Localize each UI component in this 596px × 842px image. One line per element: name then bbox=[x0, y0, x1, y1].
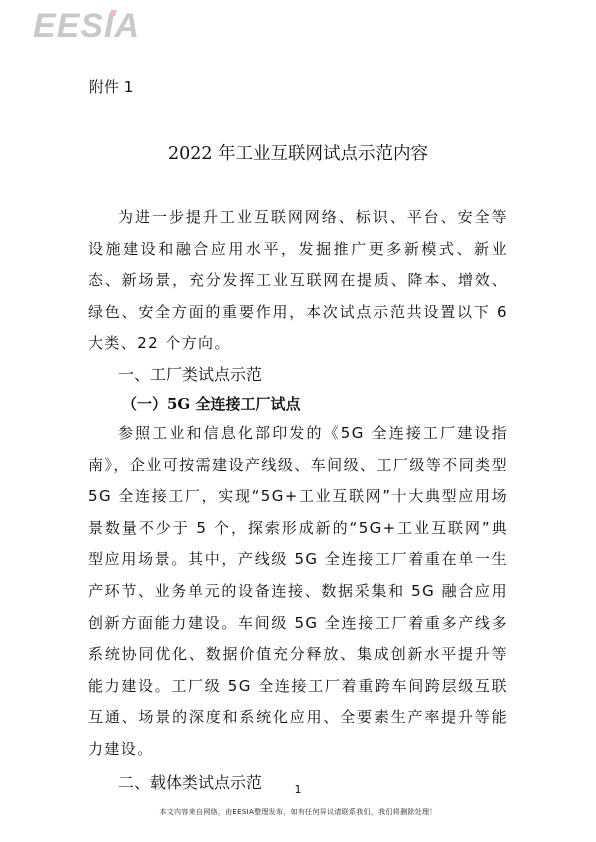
page-number: 1 bbox=[0, 783, 596, 796]
attachment-label: 附件 1 bbox=[89, 77, 133, 97]
document-title: 2022 年工业互联网试点示范内容 bbox=[0, 142, 596, 166]
intro-paragraph: 为进一步提升工业互联网网络、标识、平台、安全等设施建设和融合应用水平，发掘推广更… bbox=[88, 202, 508, 360]
document-body: 为进一步提升工业互联网网络、标识、平台、安全等设施建设和融合应用水平，发掘推广更… bbox=[88, 202, 508, 798]
eesia-logo: EESIA bbox=[33, 8, 140, 44]
5g-factory-paragraph: 参照工业和信息化部印发的《5G 全连接工厂建设指南》，企业可按需建设产线级、车间… bbox=[88, 418, 508, 766]
footer-disclaimer: 本文内容来自网络，由EESIA整理发布，如有任何异议请联系我们，我们将删除处理！ bbox=[0, 807, 596, 817]
subsection-heading-5g-factory: （一）5G 全连接工厂试点 bbox=[88, 390, 508, 418]
logo-text: EESIA bbox=[33, 7, 140, 45]
section-heading-factory: 一、工厂类试点示范 bbox=[88, 360, 508, 390]
